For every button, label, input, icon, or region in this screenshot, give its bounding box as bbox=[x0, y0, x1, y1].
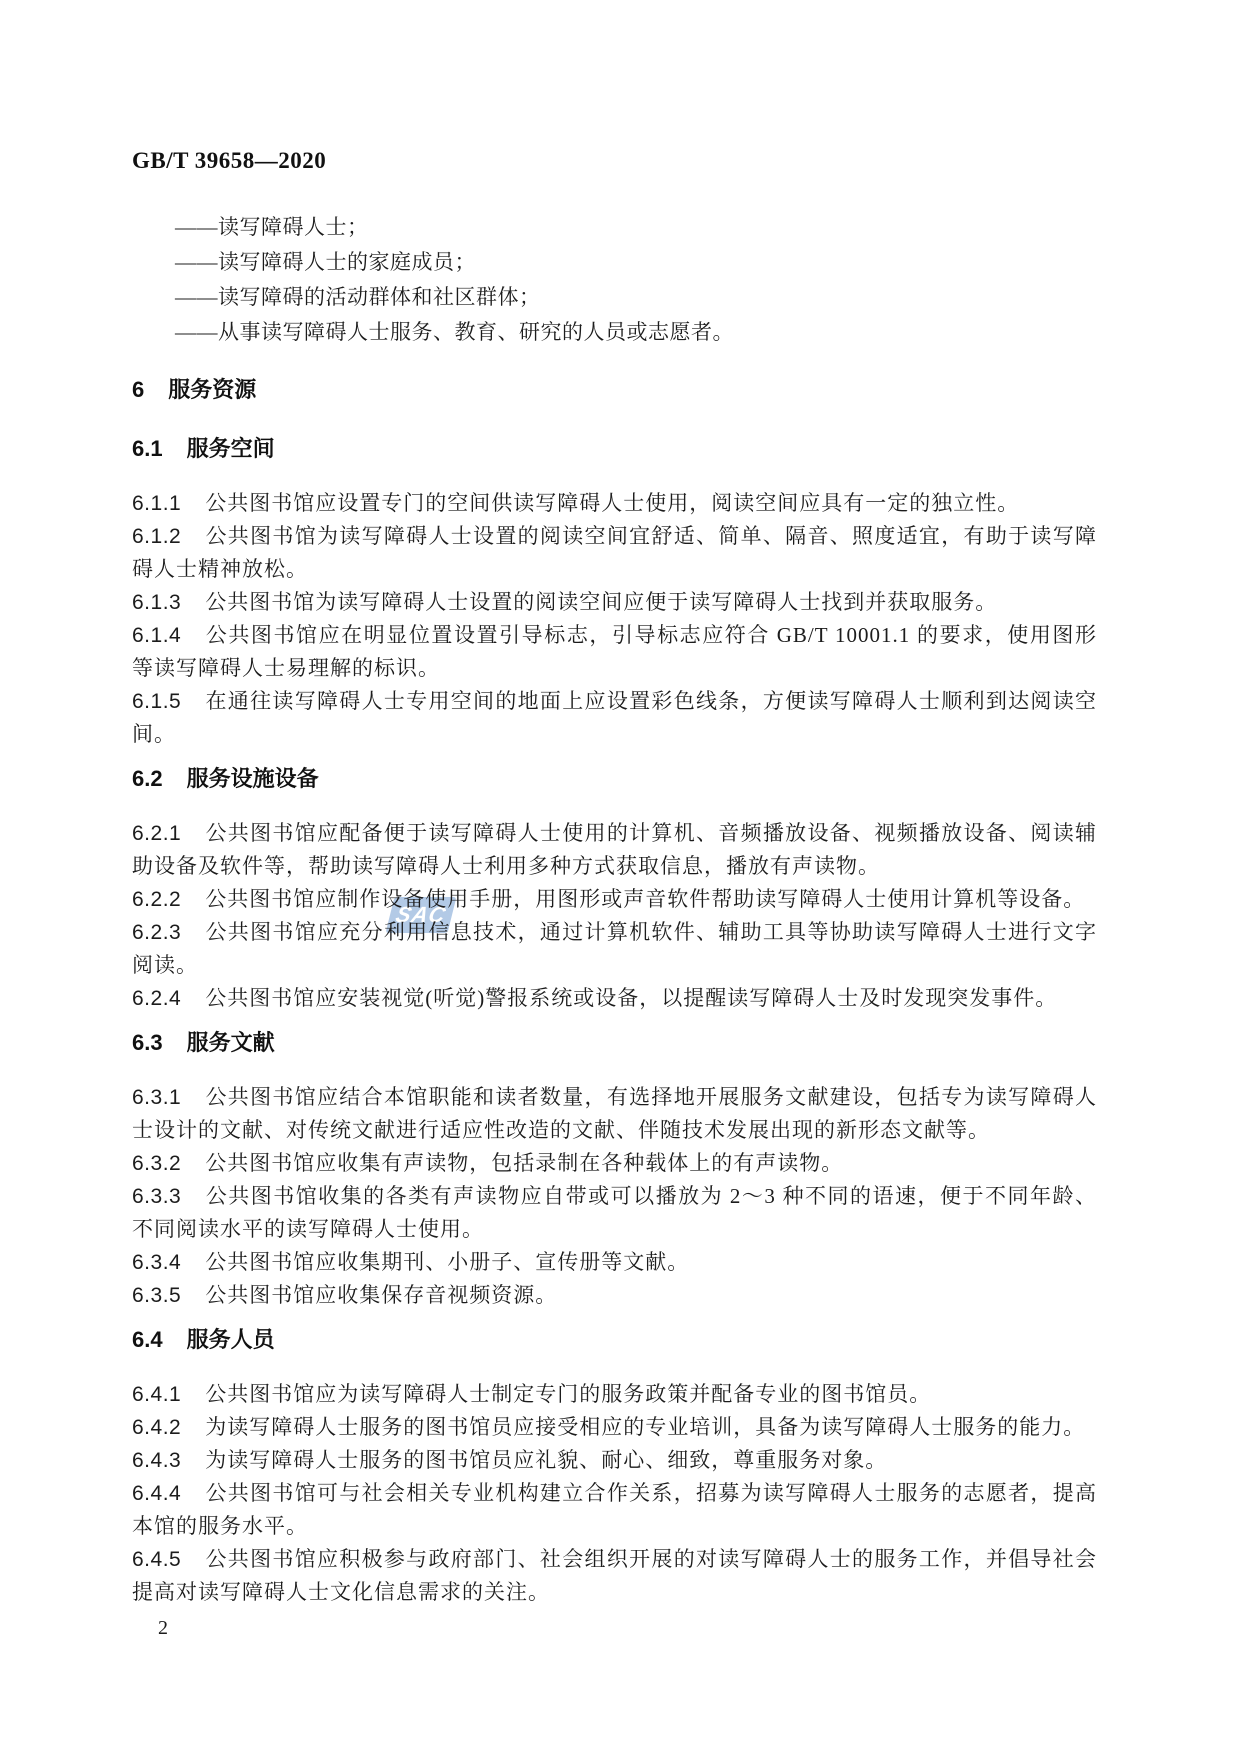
clause-text: 公共图书馆收集的各类有声读物应自带或可以播放为 2～3 种不同的语速，便于不同年… bbox=[132, 1184, 1097, 1241]
clause-paragraph: 6.3.5公共图书馆应收集保存音视频资源。 bbox=[132, 1279, 1097, 1312]
clause-number: 6.4.5 bbox=[132, 1548, 181, 1571]
clause-number: 6.4.2 bbox=[132, 1416, 181, 1439]
page-content: GB/T 39658—2020 ——读写障碍人士；——读写障碍人士的家庭成员；—… bbox=[132, 0, 1097, 1641]
clause-text: 公共图书馆应制作设备使用手册，用图形或声音软件帮助读写障碍人士使用计算机等设备。 bbox=[205, 887, 1085, 911]
clause-text: 公共图书馆可与社会相关专业机构建立合作关系，招募为读写障碍人士服务的志愿者，提高… bbox=[132, 1481, 1097, 1538]
clause-number: 6.3.3 bbox=[132, 1185, 181, 1208]
document-page: SAC GB/T 39658—2020 ——读写障碍人士；——读写障碍人士的家庭… bbox=[0, 0, 1241, 1754]
intro-list-item: ——读写障碍人士的家庭成员； bbox=[132, 245, 1097, 280]
clause-paragraph: 6.3.4公共图书馆应收集期刊、小册子、宣传册等文献。 bbox=[132, 1246, 1097, 1279]
clause-text: 为读写障碍人士服务的图书馆员应接受相应的专业培训，具备为读写障碍人士服务的能力。 bbox=[205, 1415, 1085, 1439]
section-title: 服务空间 bbox=[187, 436, 275, 461]
clause-number: 6.1.5 bbox=[132, 690, 181, 713]
clause-text: 公共图书馆应积极参与政府部门、社会组织开展的对读写障碍人士的服务工作，并倡导社会… bbox=[132, 1547, 1097, 1604]
chapter-number: 6 bbox=[132, 377, 144, 402]
clause-number: 6.2.3 bbox=[132, 921, 181, 944]
clause-paragraph: 6.1.3公共图书馆为读写障碍人士设置的阅读空间应便于读写障碍人士找到并获取服务… bbox=[132, 586, 1097, 619]
intro-list-item: ——读写障碍人士； bbox=[132, 210, 1097, 245]
sections: 6.1服务空间6.1.1公共图书馆应设置专门的空间供读写障碍人士使用，阅读空间应… bbox=[132, 437, 1097, 1609]
clause-text: 公共图书馆应在明显位置设置引导标志，引导标志应符合 GB/T 10001.1 的… bbox=[132, 623, 1097, 680]
clause-text: 公共图书馆为读写障碍人士设置的阅读空间宜舒适、简单、隔音、照度适宜，有助于读写障… bbox=[132, 524, 1097, 581]
section-title: 服务设施设备 bbox=[187, 766, 319, 791]
clause-number: 6.4.1 bbox=[132, 1383, 181, 1406]
clause-text: 公共图书馆应结合本馆职能和读者数量，有选择地开展服务文献建设，包括专为读写障碍人… bbox=[132, 1085, 1097, 1142]
clause-text: 公共图书馆应设置专门的空间供读写障碍人士使用，阅读空间应具有一定的独立性。 bbox=[205, 491, 1019, 515]
section-title: 服务文献 bbox=[187, 1030, 275, 1055]
clause-text: 公共图书馆应为读写障碍人士制定专门的服务政策并配备专业的图书馆员。 bbox=[205, 1382, 931, 1406]
clause-number: 6.3.4 bbox=[132, 1251, 181, 1274]
clause-paragraph: 6.3.2公共图书馆应收集有声读物，包括录制在各种载体上的有声读物。 bbox=[132, 1147, 1097, 1180]
section-heading: 6.3服务文献 bbox=[132, 1031, 1097, 1055]
clause-text: 公共图书馆为读写障碍人士设置的阅读空间应便于读写障碍人士找到并获取服务。 bbox=[205, 590, 997, 614]
clause-number: 6.3.1 bbox=[132, 1086, 181, 1109]
chapter-title: 服务资源 bbox=[168, 377, 256, 402]
section-number: 6.1 bbox=[132, 436, 163, 461]
clause-paragraph: 6.2.2公共图书馆应制作设备使用手册，用图形或声音软件帮助读写障碍人士使用计算… bbox=[132, 883, 1097, 916]
clause-paragraph: 6.4.1公共图书馆应为读写障碍人士制定专门的服务政策并配备专业的图书馆员。 bbox=[132, 1378, 1097, 1411]
intro-list-item: ——从事读写障碍人士服务、教育、研究的人员或志愿者。 bbox=[132, 315, 1097, 350]
clause-text: 公共图书馆应充分利用信息技术，通过计算机软件、辅助工具等协助读写障碍人士进行文字… bbox=[132, 920, 1097, 977]
clause-number: 6.2.2 bbox=[132, 888, 181, 911]
clause-number: 6.1.1 bbox=[132, 492, 181, 515]
section-title: 服务人员 bbox=[187, 1327, 275, 1352]
chapter-heading: 6服务资源 bbox=[132, 378, 1097, 402]
clause-paragraph: 6.2.3公共图书馆应充分利用信息技术，通过计算机软件、辅助工具等协助读写障碍人… bbox=[132, 916, 1097, 982]
clause-number: 6.2.4 bbox=[132, 987, 181, 1010]
clause-text: 在通往读写障碍人士专用空间的地面上应设置彩色线条，方便读写障碍人士顺利到达阅读空… bbox=[132, 689, 1097, 746]
section-number: 6.2 bbox=[132, 766, 163, 791]
clause-paragraph: 6.1.5在通往读写障碍人士专用空间的地面上应设置彩色线条，方便读写障碍人士顺利… bbox=[132, 685, 1097, 751]
clause-paragraph: 6.4.2为读写障碍人士服务的图书馆员应接受相应的专业培训，具备为读写障碍人士服… bbox=[132, 1411, 1097, 1444]
clause-paragraph: 6.4.3为读写障碍人士服务的图书馆员应礼貌、耐心、细致，尊重服务对象。 bbox=[132, 1444, 1097, 1477]
clause-paragraph: 6.3.1公共图书馆应结合本馆职能和读者数量，有选择地开展服务文献建设，包括专为… bbox=[132, 1081, 1097, 1147]
clause-text: 公共图书馆应收集保存音视频资源。 bbox=[205, 1283, 557, 1307]
clause-paragraph: 6.1.2公共图书馆为读写障碍人士设置的阅读空间宜舒适、简单、隔音、照度适宜，有… bbox=[132, 520, 1097, 586]
clause-number: 6.2.1 bbox=[132, 822, 181, 845]
clause-paragraph: 6.4.4公共图书馆可与社会相关专业机构建立合作关系，招募为读写障碍人士服务的志… bbox=[132, 1477, 1097, 1543]
clause-number: 6.3.5 bbox=[132, 1284, 181, 1307]
clause-paragraph: 6.1.4公共图书馆应在明显位置设置引导标志，引导标志应符合 GB/T 1000… bbox=[132, 619, 1097, 685]
clause-text: 公共图书馆应安装视觉(听觉)警报系统或设备，以提醒读写障碍人士及时发现突发事件。 bbox=[205, 986, 1057, 1010]
standard-number-header: GB/T 39658—2020 bbox=[132, 148, 1097, 174]
clause-text: 公共图书馆应收集有声读物，包括录制在各种载体上的有声读物。 bbox=[205, 1151, 843, 1175]
clause-number: 6.1.3 bbox=[132, 591, 181, 614]
clause-number: 6.4.3 bbox=[132, 1449, 181, 1472]
section-heading: 6.2服务设施设备 bbox=[132, 767, 1097, 791]
section-number: 6.4 bbox=[132, 1327, 163, 1352]
intro-list: ——读写障碍人士；——读写障碍人士的家庭成员；——读写障碍的活动群体和社区群体；… bbox=[132, 210, 1097, 350]
clause-text: 为读写障碍人士服务的图书馆员应礼貌、耐心、细致，尊重服务对象。 bbox=[205, 1448, 887, 1472]
clause-paragraph: 6.2.1公共图书馆应配备便于读写障碍人士使用的计算机、音频播放设备、视频播放设… bbox=[132, 817, 1097, 883]
clause-paragraph: 6.1.1公共图书馆应设置专门的空间供读写障碍人士使用，阅读空间应具有一定的独立… bbox=[132, 487, 1097, 520]
clause-number: 6.4.4 bbox=[132, 1482, 181, 1505]
clause-paragraph: 6.2.4公共图书馆应安装视觉(听觉)警报系统或设备，以提醒读写障碍人士及时发现… bbox=[132, 982, 1097, 1015]
clause-number: 6.3.2 bbox=[132, 1152, 181, 1175]
page-number: 2 bbox=[132, 1615, 1097, 1641]
clause-number: 6.1.2 bbox=[132, 525, 181, 548]
clause-paragraph: 6.3.3公共图书馆收集的各类有声读物应自带或可以播放为 2～3 种不同的语速，… bbox=[132, 1180, 1097, 1246]
intro-list-item: ——读写障碍的活动群体和社区群体； bbox=[132, 280, 1097, 315]
clause-number: 6.1.4 bbox=[132, 624, 181, 647]
clause-text: 公共图书馆应收集期刊、小册子、宣传册等文献。 bbox=[205, 1250, 689, 1274]
clause-paragraph: 6.4.5公共图书馆应积极参与政府部门、社会组织开展的对读写障碍人士的服务工作，… bbox=[132, 1543, 1097, 1609]
clause-text: 公共图书馆应配备便于读写障碍人士使用的计算机、音频播放设备、视频播放设备、阅读辅… bbox=[132, 821, 1097, 878]
section-heading: 6.4服务人员 bbox=[132, 1328, 1097, 1352]
section-heading: 6.1服务空间 bbox=[132, 437, 1097, 461]
section-number: 6.3 bbox=[132, 1030, 163, 1055]
